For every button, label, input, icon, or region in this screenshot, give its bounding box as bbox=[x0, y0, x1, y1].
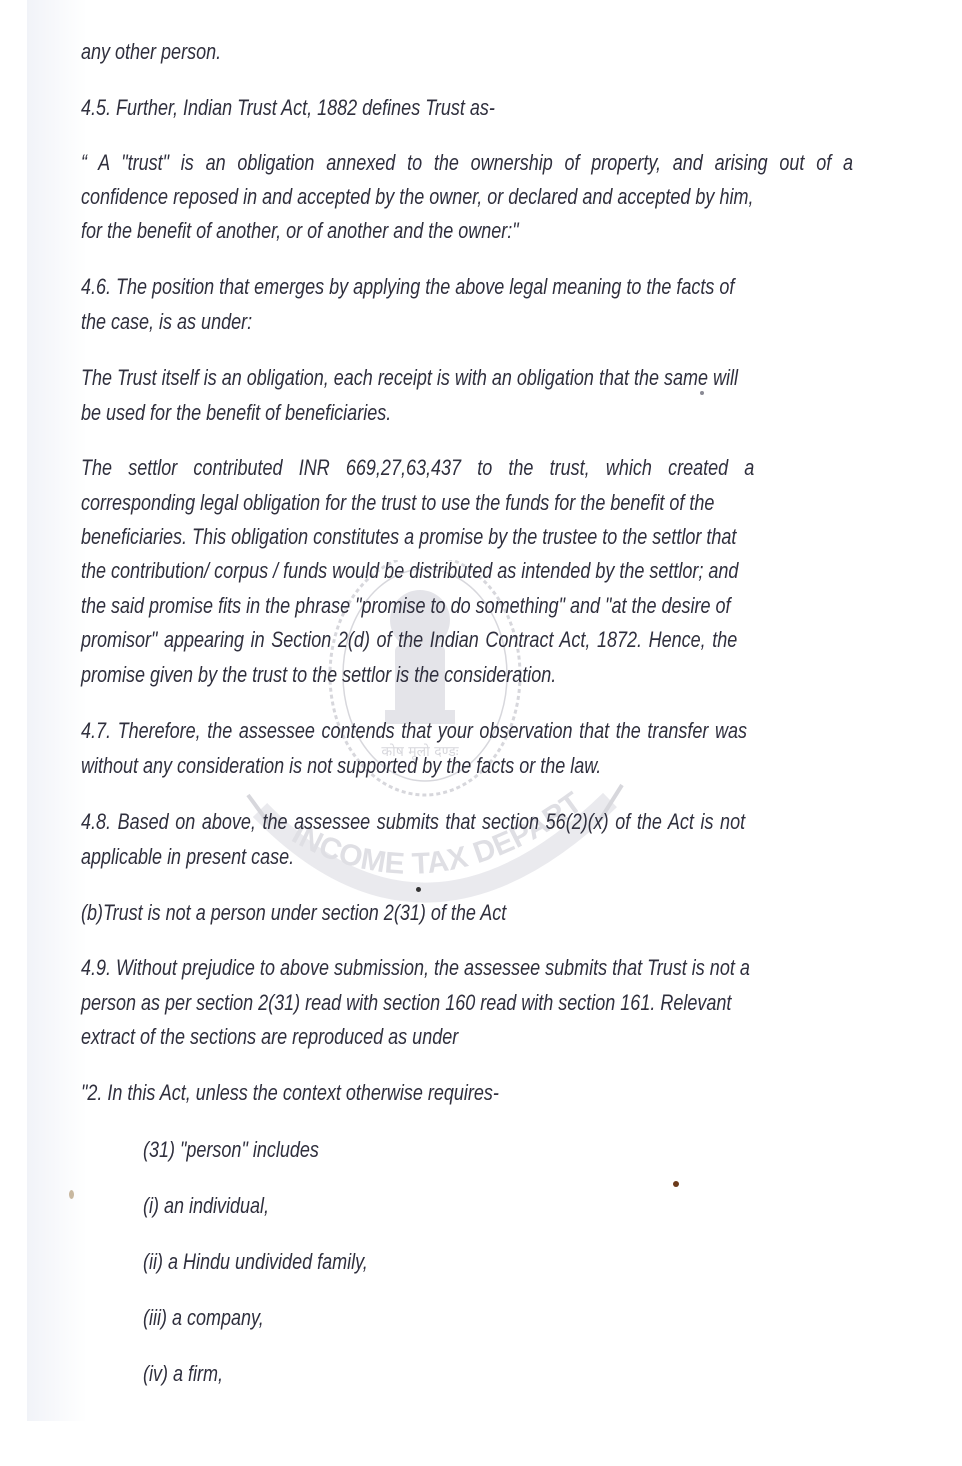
para-line: be used for the benefit of beneficiaries… bbox=[81, 395, 391, 430]
para-4-5: 4.5. Further, Indian Trust Act, 1882 def… bbox=[81, 90, 495, 125]
definition-item: (ii) a Hindu undivided family, bbox=[143, 1244, 368, 1279]
definition-item: (i) an individual, bbox=[143, 1188, 269, 1223]
para-line: the contribution/ corpus / funds would b… bbox=[81, 553, 738, 588]
para-line: applicable in present case. bbox=[81, 839, 294, 874]
para-line: 4.8. Based on above, the assessee submit… bbox=[81, 804, 745, 839]
page-edge-shade bbox=[27, 0, 87, 1421]
para-line: 4.6. The position that emerges by applyi… bbox=[81, 269, 734, 304]
scan-speck bbox=[69, 1190, 74, 1199]
para-line: The settlor contributed INR 669,27,63,43… bbox=[81, 450, 754, 485]
para-line: promise given by the trust to the settlo… bbox=[81, 657, 556, 692]
scan-speck bbox=[673, 1181, 679, 1187]
scan-speck bbox=[700, 391, 704, 395]
continuation-line: any other person. bbox=[81, 34, 221, 69]
para-line: 4.9. Without prejudice to above submissi… bbox=[81, 950, 750, 985]
scan-speck bbox=[416, 887, 421, 892]
quote-line: for the benefit of another, or of anothe… bbox=[81, 213, 519, 248]
para-line: person as per section 2(31) read with se… bbox=[81, 985, 731, 1020]
quote-line: “ A "trust" is an obligation annexed to … bbox=[81, 145, 853, 180]
definition-item: (iv) a firm, bbox=[143, 1356, 223, 1391]
section-heading-b: (b)Trust is not a person under section 2… bbox=[81, 895, 506, 930]
para-line: the said promise fits in the phrase "pro… bbox=[81, 588, 731, 623]
para-line: promisor" appearing in Section 2(d) of t… bbox=[81, 622, 737, 657]
para-line: extract of the sections are reproduced a… bbox=[81, 1019, 458, 1054]
para-line: beneficiaries. This obligation constitut… bbox=[81, 519, 736, 554]
section-2-intro: "2. In this Act, unless the context othe… bbox=[81, 1075, 499, 1110]
para-line: the case, is as under: bbox=[81, 304, 252, 339]
quote-line: confidence reposed in and accepted by th… bbox=[81, 179, 753, 214]
definition-item: (iii) a company, bbox=[143, 1300, 264, 1335]
para-line: without any consideration is not support… bbox=[81, 748, 601, 783]
para-line: corresponding legal obligation for the t… bbox=[81, 485, 714, 520]
para-line: 4.7. Therefore, the assessee contends th… bbox=[81, 713, 747, 748]
definition-head: (31) "person" includes bbox=[143, 1132, 319, 1167]
para-line: The Trust itself is an obligation, each … bbox=[81, 360, 738, 395]
